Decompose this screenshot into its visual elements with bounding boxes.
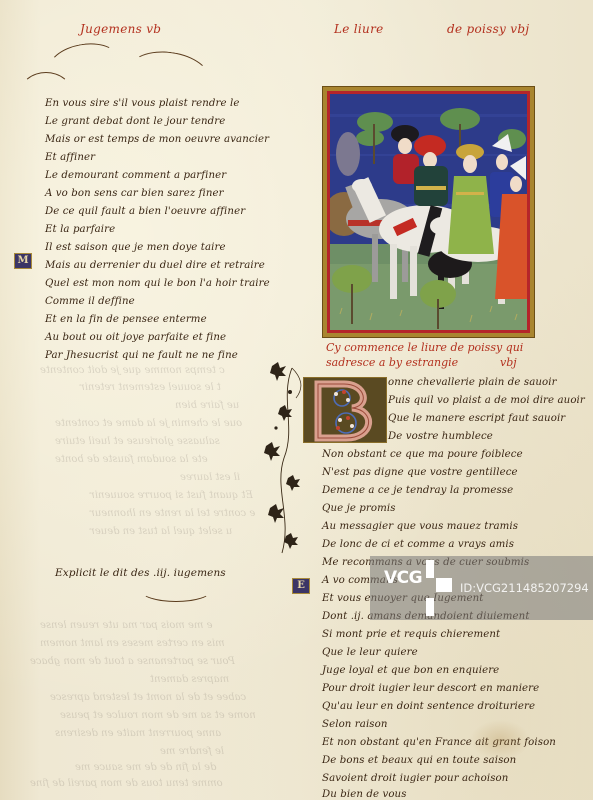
verse-line: Non obstant ce que ma poure foiblece <box>322 449 523 460</box>
rubric-line-1: Cy commence le liure de poissy qui <box>326 341 523 354</box>
cadel-flourish <box>125 47 213 104</box>
verse-line: Le grant debat dont le jour tendre <box>45 116 225 127</box>
verse-line: Il est saison que je men doye taire <box>45 242 226 253</box>
verse-line: Par Jhesucrist qui ne fault ne ne fine <box>45 350 238 361</box>
verse-line: Que le manere escript faut sauoir <box>388 413 565 424</box>
verse-line: Si mont prie et requis chierement <box>322 629 500 640</box>
verse-line: De vostre humblece <box>388 431 493 442</box>
verse-line: Que le leur quiere <box>322 647 418 658</box>
foxing-stain <box>470 720 530 760</box>
verse-line: De ce quil fault a bien l'oeuvre affiner <box>45 206 245 217</box>
verse-line: De lonc de ci et comme a vrays amis <box>322 539 514 550</box>
rubric-folio-mark: vbj <box>500 356 517 369</box>
watermark-id: ID:VCG211485207294 <box>460 581 589 595</box>
riders-scene-illustration <box>330 94 527 330</box>
verse-line: Juge loyal et que bon en enquiere <box>322 665 499 676</box>
verse-line: Et la parfaire <box>45 224 115 235</box>
verse-line: Savoient droit iugier pour achoison <box>322 773 508 784</box>
watermark-pinwheel-icon <box>412 560 452 616</box>
verse-line: Pour droit iugier leur descort en manier… <box>322 683 539 694</box>
verse-line: Et en la fin de pensee enterme <box>45 314 207 325</box>
running-header-right: de poissy vbj <box>447 22 529 36</box>
verse-line: Quel est mon nom qui le bon l'a hoir tra… <box>45 278 270 289</box>
miniature-scene <box>330 94 527 330</box>
verse-line: onne chevallerie plain de sauoir <box>388 377 557 388</box>
miniature-painting <box>322 86 535 338</box>
verse-line: Mais or est temps de mon oeuvre avancier <box>45 134 269 145</box>
verse-line: Du bien de vous <box>322 789 407 800</box>
verse-line: N'est pas digne que vostre gentillece <box>322 467 518 478</box>
verse-line: Comme il deffine <box>45 296 135 307</box>
initial-letter-ornament <box>304 378 386 442</box>
watermark-banner: VCG ID:VCG211485207294 <box>370 556 593 620</box>
verse-line: Et affiner <box>45 152 95 163</box>
decorated-initial-small-e: E <box>292 578 310 594</box>
verse-line: A vo bon sens car bien sarez finer <box>45 188 224 199</box>
verse-line: Que je promis <box>322 503 396 514</box>
cadel-flourish <box>140 578 212 602</box>
decorated-initial-small: M <box>14 253 32 269</box>
verse-line: En vous sire s'il vous plaist rendre le <box>45 98 239 109</box>
verse-line: Demene a ce je tendray la promesse <box>322 485 513 496</box>
decorated-initial-b: B <box>303 377 387 443</box>
verse-line: Au messagier que vous mauez tramis <box>322 521 518 532</box>
verse-line: Mais au derrenier du duel dire et retrai… <box>45 260 265 271</box>
verse-line: Selon raison <box>322 719 388 730</box>
verse-line: Puis quil vo plaist a de moi dire auoir <box>388 395 585 406</box>
verse-line: Le demourant comment a parfiner <box>45 170 226 181</box>
running-header-left: Jugemens vb <box>80 22 161 36</box>
verse-line: Au bout ou oit joye parfaite et fine <box>45 332 226 343</box>
running-header-center: Le liure <box>334 22 384 36</box>
verse-line: Qu'au leur en doint sentence droituriere <box>322 701 535 712</box>
rubric-line-2: sadresce a by estrangie <box>326 356 458 369</box>
explicit: Explicit le dit des .iij. iugemens <box>55 567 226 579</box>
manuscript-page: Jugemens vb Le liure de poissy vbj c tem… <box>0 0 593 800</box>
